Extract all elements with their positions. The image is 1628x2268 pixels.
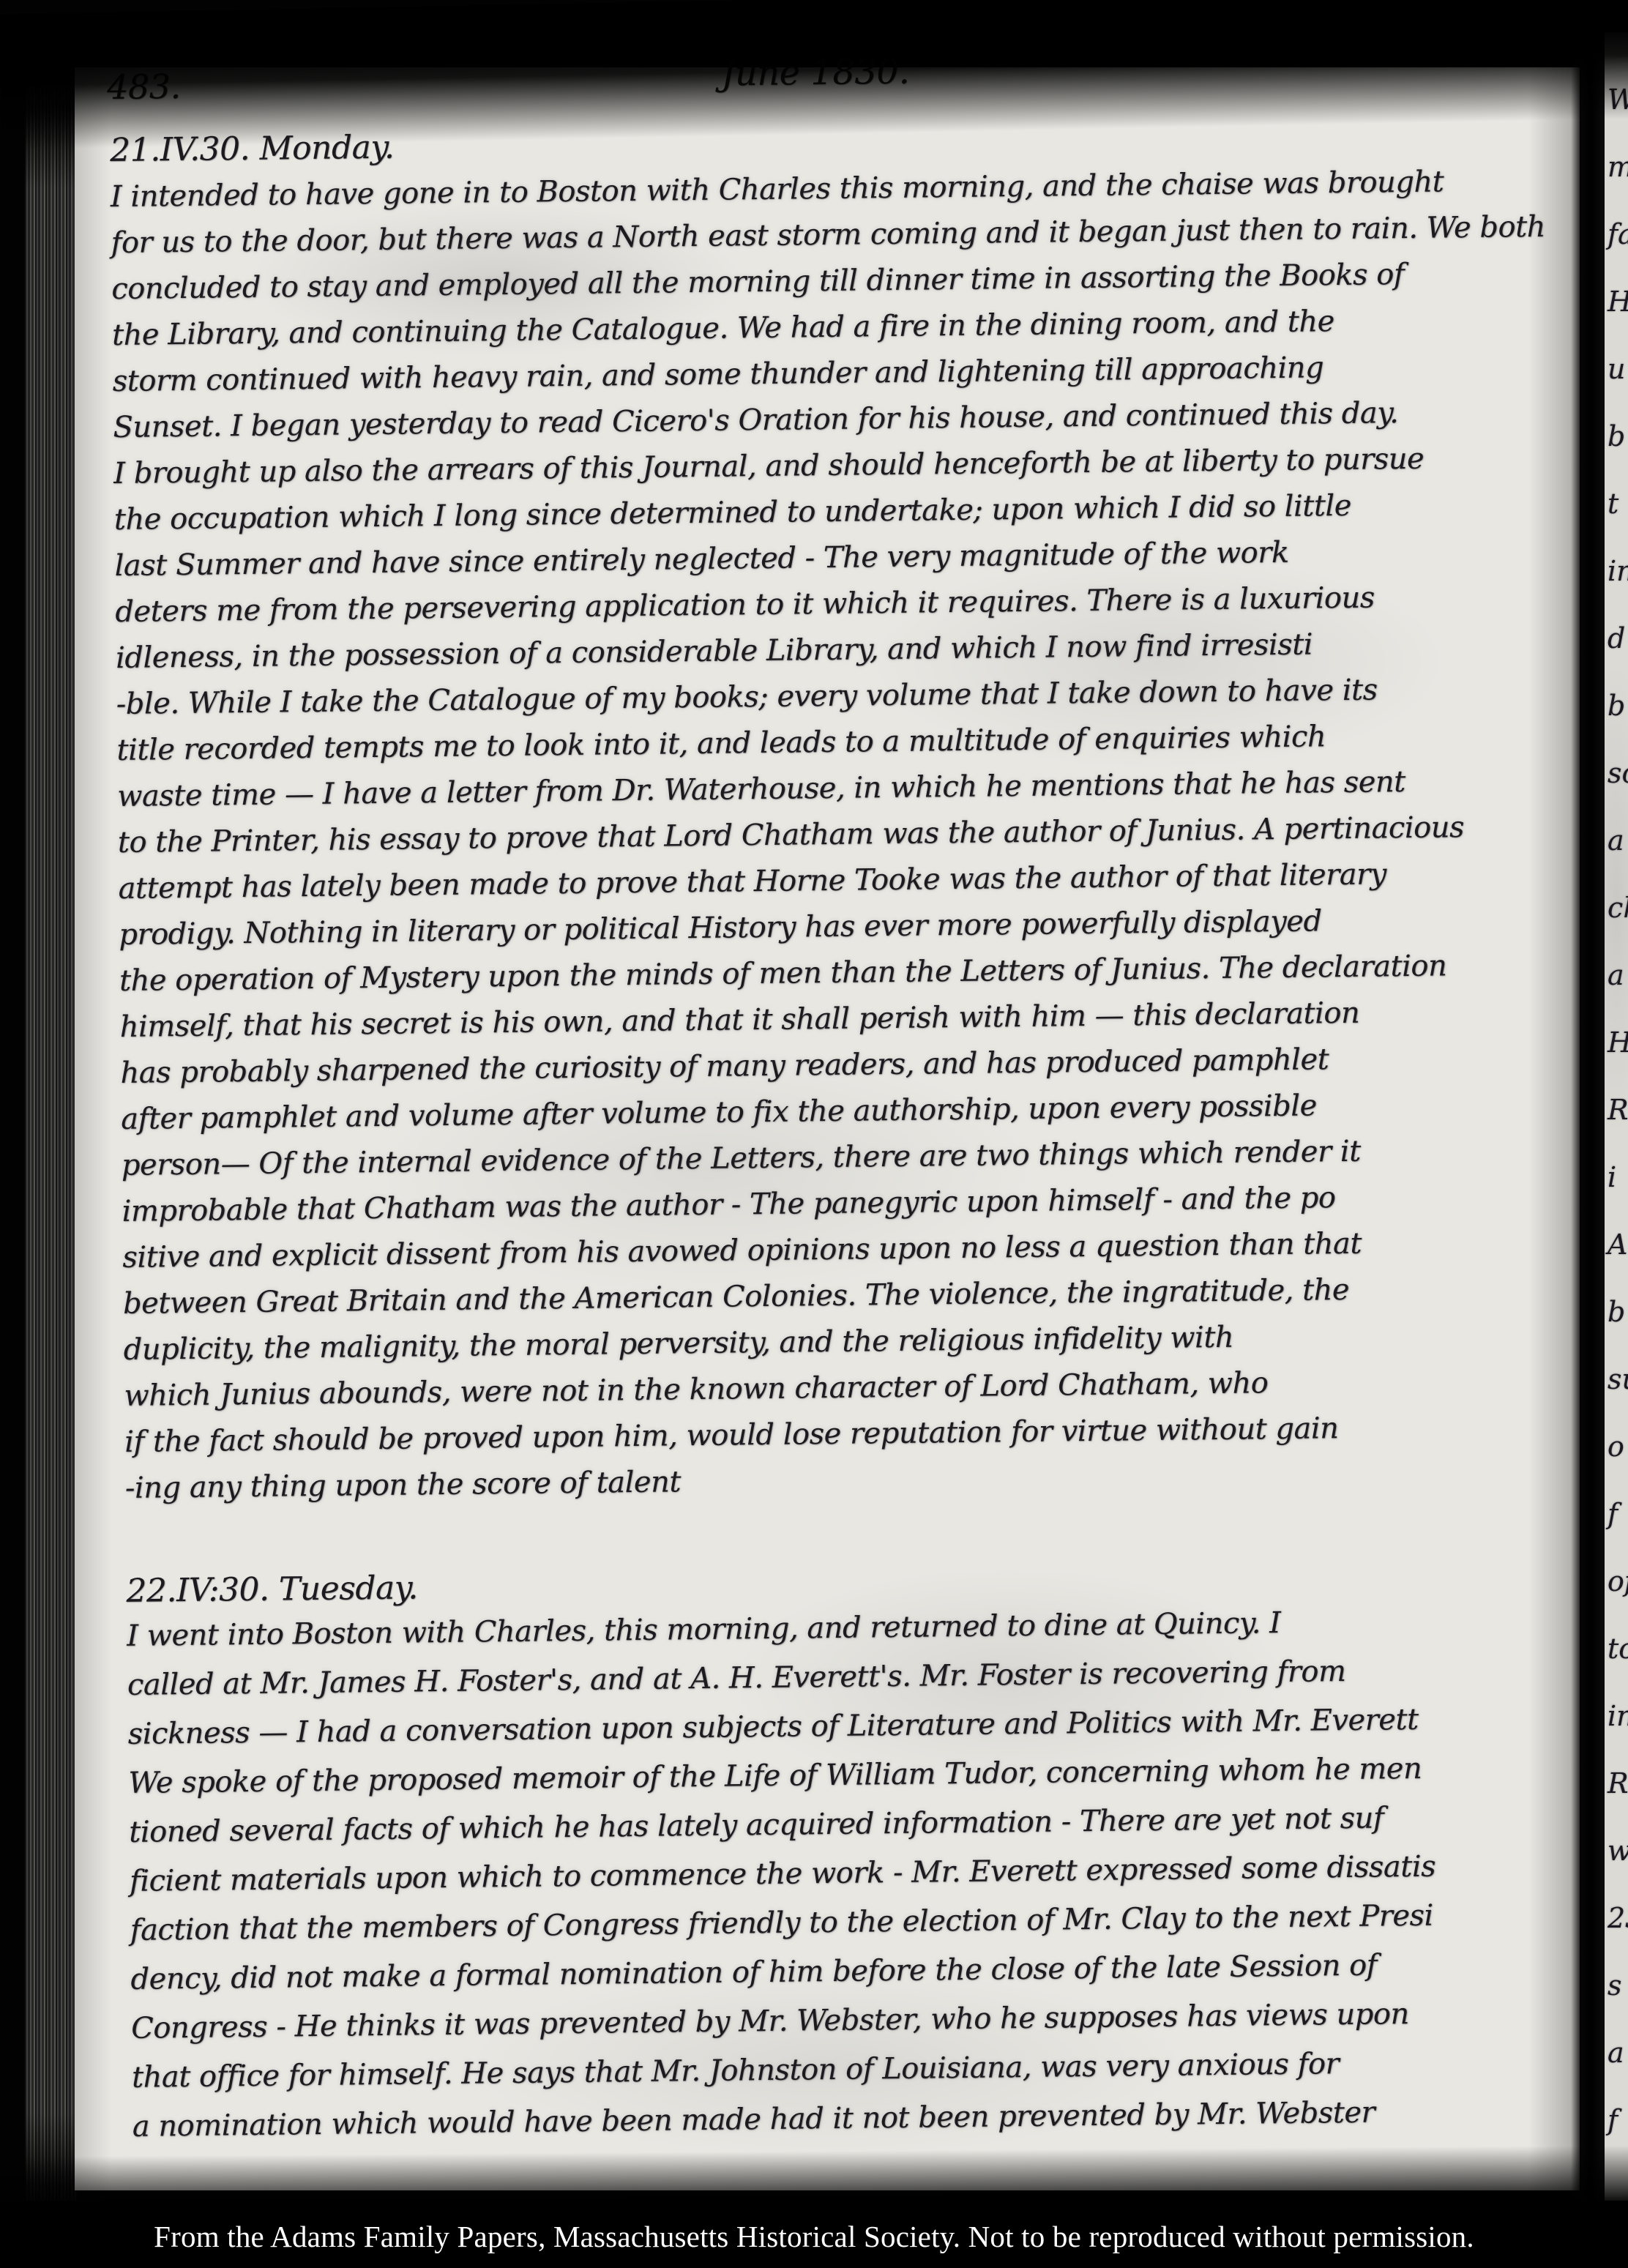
facing-page-fragment: o [1608, 1430, 1628, 1498]
facing-page-fragment: in [1608, 1700, 1628, 1767]
facing-page-fragment: H [1608, 1026, 1628, 1094]
facing-page-fragment: b [1608, 690, 1628, 757]
facing-page-fragment: t [1608, 488, 1628, 555]
facing-page-fragment: a [1608, 959, 1628, 1026]
book-gutter-shadow [1571, 0, 1608, 2205]
handwriting-layer: 483. June 1830. 21.IV.30. Monday. I inte… [0, 0, 1628, 2268]
facing-page-fragment: w [1608, 1835, 1628, 1902]
entry-1-body: I intended to have gone in to Boston wit… [111, 164, 1560, 1518]
archive-caption-text: From the Adams Family Papers, Massachuse… [154, 2219, 1474, 2254]
facing-page-sliver: WmfaHubtindbsoachaHRiAbsuofoftoinRw23saf [1605, 32, 1628, 2201]
facing-page-fragment: s [1608, 1969, 1628, 2037]
facing-page-fragment: b [1608, 420, 1628, 488]
facing-page-fragment: of [1608, 1565, 1628, 1633]
facing-page-fragment: ch [1608, 892, 1628, 959]
entry-2-date-heading: 22.IV:30. Tuesday. [126, 1569, 418, 1610]
facing-page-fragment: d [1608, 622, 1628, 690]
facing-page-fragment: H [1608, 286, 1628, 353]
entry-2-body: I went into Boston with Charles, this mo… [127, 1605, 1439, 2159]
facing-page-fragment: to [1608, 1633, 1628, 1700]
facing-page-fragment: fa [1608, 218, 1628, 286]
facing-page-fragment: i [1608, 1161, 1628, 1228]
archive-caption-bar: From the Adams Family Papers, Massachuse… [0, 2205, 1628, 2268]
facing-page-fragment: A [1608, 1228, 1628, 1296]
facing-page-fragment: R [1608, 1094, 1628, 1161]
facing-page-fragment: a [1608, 824, 1628, 892]
facing-page-fragment: u [1608, 353, 1628, 420]
facing-page-fragment: 23 [1608, 1902, 1628, 1969]
facing-page-fragment: su [1608, 1363, 1628, 1430]
scanned-diary-page: 483. June 1830. 21.IV.30. Monday. I inte… [0, 0, 1628, 2268]
facing-page-fragment: R [1608, 1767, 1628, 1835]
facing-page-fragment: a [1608, 2037, 1628, 2104]
facing-page-text-fragments: WmfaHubtindbsoachaHRiAbsuofoftoinRw23saf [1605, 32, 1628, 2171]
facing-page-fragment: so [1608, 757, 1628, 824]
facing-page-fragment: f [1608, 1498, 1628, 1565]
facing-page-fragment: m [1608, 151, 1628, 218]
facing-page-fragment: b [1608, 1296, 1628, 1363]
facing-page-fragment: in [1608, 555, 1628, 622]
